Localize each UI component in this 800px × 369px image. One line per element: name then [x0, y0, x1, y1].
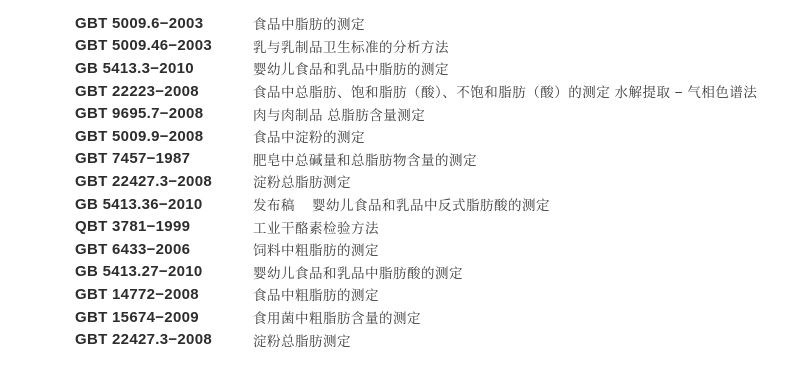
standard-title: 婴幼儿食品和乳品中脂肪酸的测定 — [253, 262, 463, 282]
standard-row: GBT 5009.6−2003 食品中脂肪的测定 — [75, 12, 800, 35]
standard-code: GBT 7457−1987 — [75, 150, 253, 167]
standard-code: GBT 5009.9−2008 — [75, 128, 253, 145]
standard-code: GB 5413.3−2010 — [75, 60, 253, 77]
standard-title: 发布稿 婴幼儿食品和乳品中反式脂肪酸的测定 — [253, 194, 550, 214]
document-page: GBT 5009.6−2003 食品中脂肪的测定 GBT 5009.46−200… — [0, 0, 800, 369]
standard-title: 淀粉总脂肪测定 — [253, 330, 351, 350]
standards-list: GBT 5009.6−2003 食品中脂肪的测定 GBT 5009.46−200… — [75, 12, 800, 351]
standard-row: GB 5413.3−2010 婴幼儿食品和乳品中脂肪的测定 — [75, 57, 800, 80]
standard-row: GBT 22427.3−2008 淀粉总脂肪测定 — [75, 170, 800, 193]
standard-title: 食品中脂肪的测定 — [253, 13, 365, 33]
standard-row: QBT 3781−1999 工业干酪素检验方法 — [75, 215, 800, 238]
standard-code: GB 5413.27−2010 — [75, 263, 253, 280]
standard-title: 饲料中粗脂肪的测定 — [253, 239, 379, 259]
standard-row: GBT 15674−2009 食用菌中粗脂肪含量的测定 — [75, 306, 800, 329]
standard-row: GBT 22427.3−2008 淀粉总脂肪测定 — [75, 328, 800, 351]
standard-title: 婴幼儿食品和乳品中脂肪的测定 — [253, 58, 449, 78]
standard-code: GBT 22427.3−2008 — [75, 331, 253, 348]
standard-row: GBT 6433−2006 饲料中粗脂肪的测定 — [75, 238, 800, 261]
standard-code: GBT 15674−2009 — [75, 309, 253, 326]
standard-row: GBT 14772−2008 食品中粗脂肪的测定 — [75, 283, 800, 306]
standard-code: GBT 22427.3−2008 — [75, 173, 253, 190]
standard-row: GBT 9695.7−2008 肉与肉制品 总脂肪含量测定 — [75, 102, 800, 125]
standard-title: 食品中粗脂肪的测定 — [253, 284, 379, 304]
standard-title: 肉与肉制品 总脂肪含量测定 — [253, 104, 425, 124]
standard-row: GBT 5009.9−2008 食品中淀粉的测定 — [75, 125, 800, 148]
standard-code: GBT 5009.46−2003 — [75, 37, 253, 54]
standard-title: 肥皂中总碱量和总脂肪物含量的测定 — [253, 149, 477, 169]
standard-code: GBT 6433−2006 — [75, 241, 253, 258]
standard-code: GBT 22223−2008 — [75, 83, 253, 100]
standard-row: GB 5413.36−2010 发布稿 婴幼儿食品和乳品中反式脂肪酸的测定 — [75, 193, 800, 216]
standard-title: 食品中淀粉的测定 — [253, 126, 365, 146]
standard-code: GBT 5009.6−2003 — [75, 15, 253, 32]
standard-title: 食品中总脂肪、饱和脂肪（酸）、不饱和脂肪（酸）的测定 水解提取 − 气相色谱法 — [253, 81, 757, 101]
standard-code: QBT 3781−1999 — [75, 218, 253, 235]
standard-code: GBT 9695.7−2008 — [75, 105, 253, 122]
standard-row: GB 5413.27−2010 婴幼儿食品和乳品中脂肪酸的测定 — [75, 261, 800, 284]
standard-title: 乳与乳制品卫生标准的分析方法 — [253, 36, 449, 56]
standard-code: GBT 14772−2008 — [75, 286, 253, 303]
standard-title: 食用菌中粗脂肪含量的测定 — [253, 307, 421, 327]
standard-row: GBT 7457−1987 肥皂中总碱量和总脂肪物含量的测定 — [75, 148, 800, 171]
standard-title: 工业干酪素检验方法 — [253, 217, 379, 237]
standard-row: GBT 5009.46−2003 乳与乳制品卫生标准的分析方法 — [75, 35, 800, 58]
standard-code: GB 5413.36−2010 — [75, 196, 253, 213]
standard-row: GBT 22223−2008 食品中总脂肪、饱和脂肪（酸）、不饱和脂肪（酸）的测… — [75, 80, 800, 103]
standard-title: 淀粉总脂肪测定 — [253, 171, 351, 191]
